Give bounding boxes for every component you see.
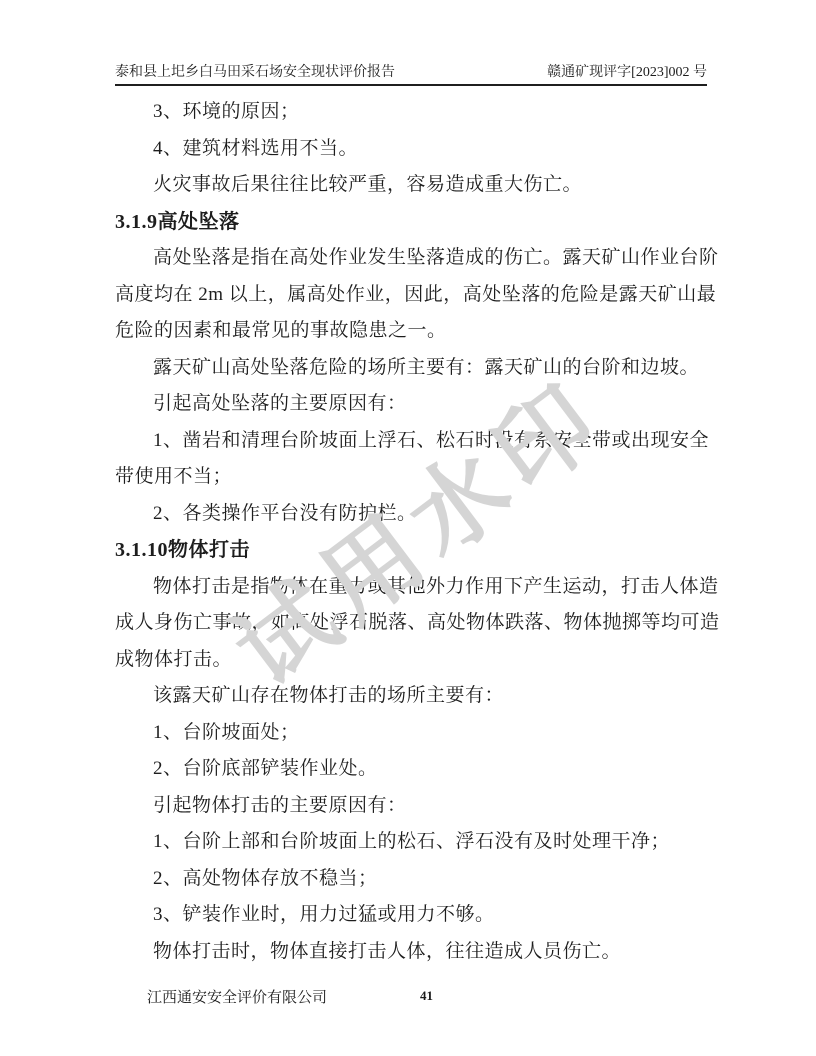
header-document-number: 赣通矿现评字[2023]002 号 (547, 61, 707, 81)
text-line: 2、各类操作平台没有防护栏。 (115, 496, 715, 533)
text-line: 露天矿山高处坠落危险的场所主要有：露天矿山的台阶和边坡。 (115, 350, 715, 387)
text-line: 高度均在 2m 以上，属高处作业，因此，高处坠落的危险是露天矿山最 (115, 277, 715, 314)
section-heading: 3.1.9高处坠落 (115, 204, 715, 241)
text-line: 1、台阶上部和台阶坡面上的松石、浮石没有及时处理干净； (115, 824, 715, 861)
text-line: 成人身伤亡事故，如高处浮石脱落、高处物体跌落、物体抛掷等均可造 (115, 605, 715, 642)
text-line: 3、铲装作业时，用力过猛或用力不够。 (115, 897, 715, 934)
text-line: 高处坠落是指在高处作业发生坠落造成的伤亡。露天矿山作业台阶 (115, 240, 715, 277)
text-line: 物体打击时，物体直接打击人体，往往造成人员伤亡。 (115, 934, 715, 971)
text-line: 成物体打击。 (115, 642, 715, 679)
document-body: 3、环境的原因；4、建筑材料选用不当。火灾事故后果往往比较严重，容易造成重大伤亡… (115, 94, 715, 970)
text-line: 物体打击是指物体在重力或其他外力作用下产生运动，打击人体造 (115, 569, 715, 606)
text-line: 4、建筑材料选用不当。 (115, 131, 715, 168)
header-report-title: 泰和县上圯乡白马田采石场安全现状评价报告 (115, 61, 395, 81)
document-page: 泰和县上圯乡白马田采石场安全现状评价报告 赣通矿现评字[2023]002 号 3… (0, 0, 816, 1056)
text-line: 3、环境的原因； (115, 94, 715, 131)
section-heading: 3.1.10物体打击 (115, 532, 715, 569)
text-line: 火灾事故后果往往比较严重，容易造成重大伤亡。 (115, 167, 715, 204)
text-line: 引起物体打击的主要原因有： (115, 788, 715, 825)
text-line: 带使用不当； (115, 459, 715, 496)
footer-company-name: 江西通安安全评价有限公司 (147, 986, 327, 1007)
page-footer: 江西通安安全评价有限公司 41 (115, 986, 707, 1006)
text-line: 2、高处物体存放不稳当； (115, 861, 715, 898)
text-line: 1、台阶坡面处； (115, 715, 715, 752)
header-rule (115, 84, 707, 86)
page-header: 泰和县上圯乡白马田采石场安全现状评价报告 赣通矿现评字[2023]002 号 (115, 61, 707, 81)
text-line: 该露天矿山存在物体打击的场所主要有： (115, 678, 715, 715)
page-number: 41 (420, 988, 433, 1004)
text-line: 引起高处坠落的主要原因有： (115, 386, 715, 423)
text-line: 危险的因素和最常见的事故隐患之一。 (115, 313, 715, 350)
text-line: 1、凿岩和清理台阶坡面上浮石、松石时没有系安全带或出现安全 (115, 423, 715, 460)
text-line: 2、台阶底部铲装作业处。 (115, 751, 715, 788)
